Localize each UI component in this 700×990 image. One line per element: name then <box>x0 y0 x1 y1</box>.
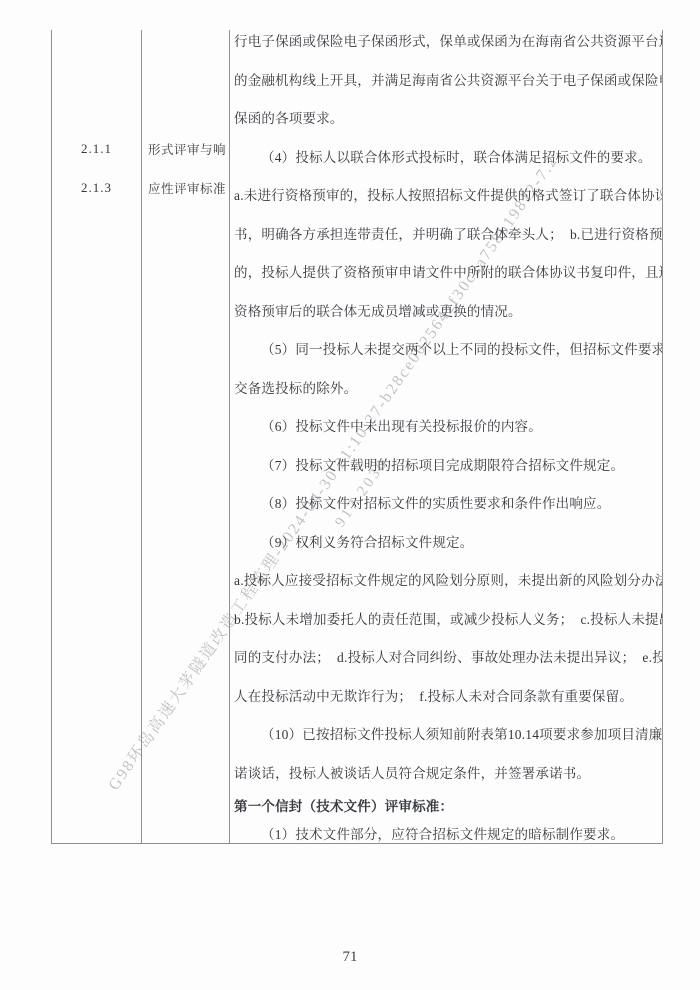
criteria-label-line: 应性评审标准 <box>148 179 228 197</box>
clause-number: 2.1.3 <box>52 180 141 196</box>
content-line: 的金融机构线上开具，并满足海南省公共资源平台关于电子保函或保险电子 <box>234 60 659 99</box>
clause-number: 2.1.1 <box>52 141 141 157</box>
content-line: （5）同一投标人未提交两个以上不同的投标文件，但招标文件要求提 <box>234 329 659 368</box>
content-line: （9）权利义务符合招标文件规定。 <box>234 522 659 561</box>
content-line: 的，投标人提供了资格预审申请文件中所附的联合体协议书复印件，且通过 <box>234 252 659 291</box>
content-line: 行电子保函或保险电子保函形式，保单或保函为在海南省公共资源平台选择 <box>234 30 659 60</box>
content-line: a.投标人应接受招标文件规定的风险划分原则，未提出新的风险划分办法； <box>234 560 659 599</box>
content-line: 交备选投标的除外。 <box>234 368 659 407</box>
content-line: （10）已按招标文件投标人须知前附表第10.14项要求参加项目清廉承 <box>234 714 659 753</box>
content-line: 书，明确各方承担连带责任，并明确了联合体牵头人； b.已进行资格预审 <box>234 214 659 253</box>
content-line: 资格预审后的联合体无成员增减或更换的情况。 <box>234 291 659 330</box>
content-line: 人在投标活动中无欺诈行为； f.投标人未对合同条款有重要保留。 <box>234 676 659 715</box>
content-line: （8）投标文件对招标文件的实质性要求和条件作出响应。 <box>234 483 659 522</box>
clause-number-column: 2.1.1 2.1.3 <box>52 30 142 843</box>
criteria-content-text: 行电子保函或保险电子保函形式，保单或保函为在海南省公共资源平台选择 的金融机构线… <box>234 30 659 843</box>
content-line: 同的支付办法； d.投标人对合同纠纷、事故处理办法未提出异议； e.投标 <box>234 637 659 676</box>
page-number: 71 <box>0 949 700 966</box>
content-line: （7）投标文件载明的招标项目完成期限符合招标文件规定。 <box>234 445 659 484</box>
content-line: a.未进行资格预审的，投标人按照招标文件提供的格式签订了联合体协议 <box>234 175 659 214</box>
document-page: G98环岛高速大茅隧道改造工程监理-2024-04-30 21:10:27-b2… <box>0 0 700 990</box>
content-line: b.投标人未增加委托人的责任范围，或减少投标人义务； c.投标人未提出不 <box>234 599 659 638</box>
content-line: （4）投标人以联合体形式投标时，联合体满足招标文件的要求。 <box>234 137 659 176</box>
criteria-label-line: 形式评审与响 <box>148 140 228 158</box>
section-heading: 第一个信封（技术文件）评审标准： <box>234 791 659 819</box>
criteria-content-column: 行电子保函或保险电子保函形式，保单或保函为在海南省公共资源平台选择 的金融机构线… <box>229 30 662 843</box>
evaluation-criteria-table: 2.1.1 2.1.3 形式评审与响 应性评审标准 行电子保函或保险电子保函形式… <box>51 30 663 844</box>
content-line: （1）技术文件部分，应符合招标文件规定的暗标制作要求。 <box>234 819 659 843</box>
content-line: 保函的各项要求。 <box>234 98 659 137</box>
criteria-label-column: 形式评审与响 应性评审标准 <box>141 30 230 843</box>
content-line: 诺谈话，投标人被谈话人员符合规定条件，并签署承诺书。 <box>234 753 659 792</box>
content-line: （6）投标文件中未出现有关投标报价的内容。 <box>234 406 659 445</box>
